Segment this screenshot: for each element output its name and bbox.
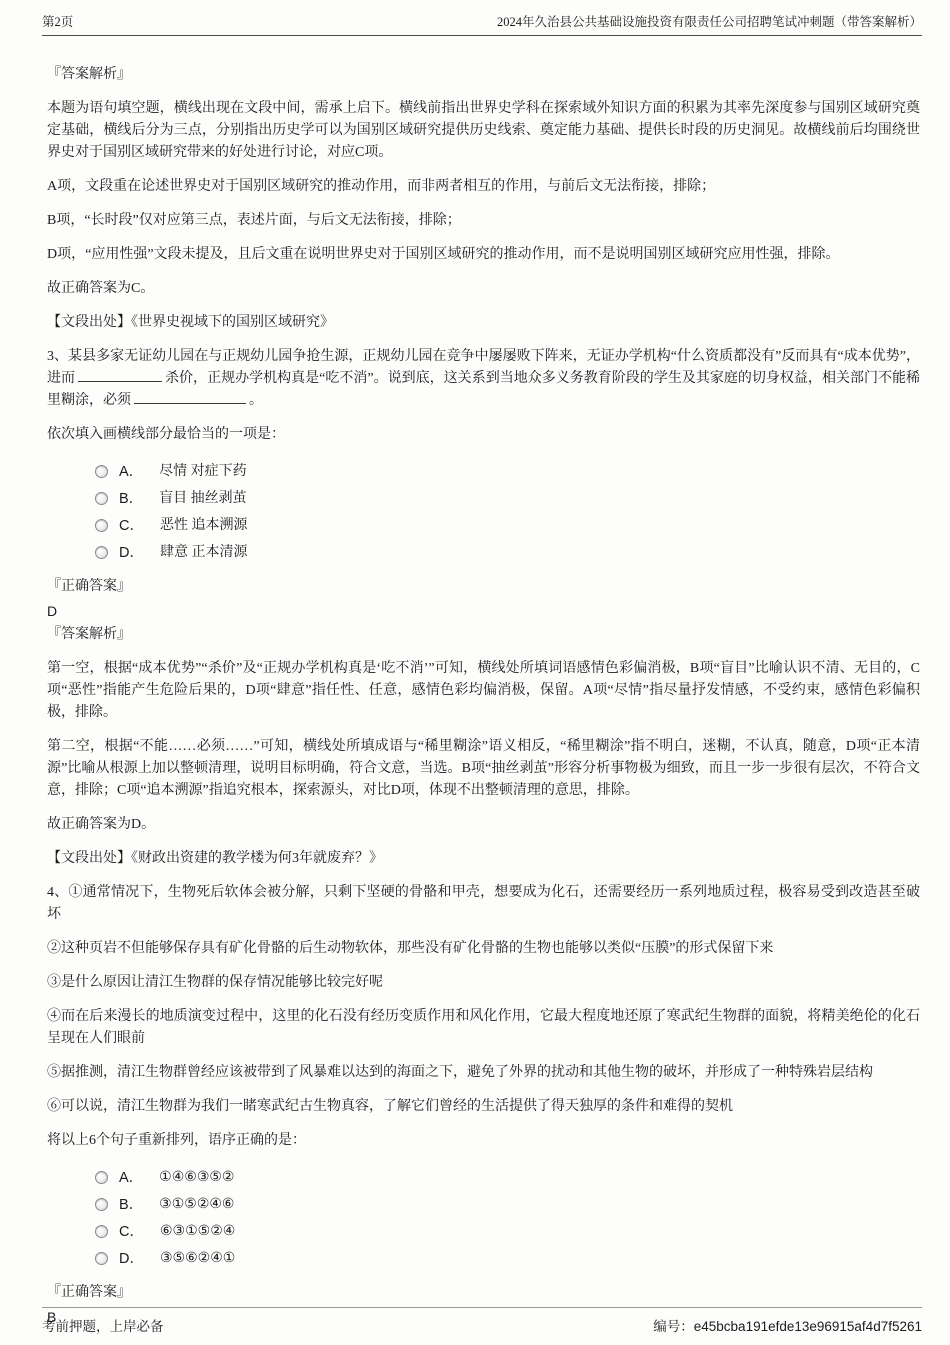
option-letter: D． bbox=[119, 542, 144, 564]
analysis-paragraph: 第二空，根据“不能……必须……”可知，横线处所填成语与“稀里糊涂”语义相反，“稀… bbox=[47, 736, 920, 802]
analysis-conclusion: 故正确答案为C。 bbox=[47, 278, 920, 300]
option-text: 肆意 正本清源 bbox=[160, 542, 248, 564]
page-footer: 考前押题，上岸必备 编号：e45bcba191efde13e96915af4d7… bbox=[42, 1307, 922, 1335]
option-letter: A． bbox=[119, 461, 143, 483]
option-text: 恶性 追本溯源 bbox=[160, 515, 248, 537]
question-4-sentence: ⑥可以说，清江生物群为我们一睹寒武纪古生物真容，了解它们曾经的生活提供了得天独厚… bbox=[47, 1096, 920, 1118]
question-3-stem: 3、某县多家无证幼儿园在与正规幼儿园争抢生源，正规幼儿园在竞争中屡屡败下阵来，无… bbox=[47, 346, 920, 412]
option-letter: D． bbox=[119, 1248, 144, 1270]
radio-button-icon[interactable] bbox=[95, 1198, 108, 1211]
option-text: ⑥③①⑤②④ bbox=[160, 1221, 235, 1243]
analysis-paragraph: 本题为语句填空题，横线出现在文段中间，需承上启下。横线前指出世界史学科在探索域外… bbox=[47, 98, 920, 164]
passage-source: 【文段出处】《世界史视域下的国别区域研究》 bbox=[47, 312, 920, 334]
passage-source: 【文段出处】《财政出资建的教学楼为何3年就废弃？》 bbox=[47, 848, 920, 870]
analysis-label: 『答案解析』 bbox=[47, 64, 920, 86]
correct-answer-value: D bbox=[47, 600, 920, 622]
correct-answer-label: 『正确答案』 bbox=[47, 1282, 920, 1304]
analysis-paragraph: A项，文段重在论述世界史对于国别区域研究的推动作用，而非两者相互的作用，与前后文… bbox=[47, 176, 920, 198]
document-title: 2024年久治县公共基础设施投资有限责任公司招聘笔试冲刺题（带答案解析） bbox=[497, 12, 922, 30]
radio-button-icon[interactable] bbox=[95, 519, 108, 532]
option-row-d[interactable]: D． 肆意 正本清源 bbox=[95, 539, 920, 566]
option-text: 盲目 抽丝剥茧 bbox=[159, 488, 247, 510]
question-4-options: A． ①④⑥③⑤② B． ③①⑤②④⑥ C． ⑥③①⑤②④ D． ③⑤⑥②④① bbox=[95, 1164, 920, 1272]
question-3-prompt: 依次填入画横线部分最恰当的一项是： bbox=[47, 424, 920, 446]
question-4-sentence: 4、①通常情况下，生物死后软体会被分解，只剩下坚硬的骨骼和甲壳，想要成为化石，还… bbox=[47, 882, 920, 926]
option-row-a[interactable]: A． ①④⑥③⑤② bbox=[95, 1164, 920, 1191]
analysis-label: 『答案解析』 bbox=[47, 624, 920, 646]
question-4-sentence: ④而在后来漫长的地质演变过程中，这里的化石没有经历变质作用和风化作用，它最大程度… bbox=[47, 1006, 920, 1050]
option-text: ③①⑤②④⑥ bbox=[159, 1194, 234, 1216]
page-header: 第2页 2024年久治县公共基础设施投资有限责任公司招聘笔试冲刺题（带答案解析） bbox=[0, 0, 950, 36]
option-row-d[interactable]: D． ③⑤⑥②④① bbox=[95, 1245, 920, 1272]
question-3-options: A． 尽情 对症下药 B． 盲目 抽丝剥茧 C． 恶性 追本溯源 D． 肆意 正… bbox=[95, 458, 920, 566]
question-4-prompt: 将以上6个句子重新排列，语序正确的是： bbox=[47, 1130, 920, 1152]
footer-slogan: 考前押题，上岸必备 bbox=[42, 1315, 164, 1335]
option-letter: A． bbox=[119, 1167, 143, 1189]
option-letter: C． bbox=[119, 515, 144, 537]
option-row-a[interactable]: A． 尽情 对症下药 bbox=[95, 458, 920, 485]
page-content: 『答案解析』 本题为语句填空题，横线出现在文段中间，需承上启下。横线前指出世界史… bbox=[0, 36, 950, 1328]
question-4-sentence: ③是什么原因让清江生物群的保存情况能够比较完好呢 bbox=[47, 972, 920, 994]
radio-button-icon[interactable] bbox=[95, 1252, 108, 1265]
blank-underline bbox=[78, 368, 162, 382]
document-page: 第2页 2024年久治县公共基础设施投资有限责任公司招聘笔试冲刺题（带答案解析）… bbox=[0, 0, 950, 1345]
analysis-paragraph: 第一空，根据“成本优势”“杀价”及“正规办学机构真是‘吃不消’”可知，横线处所填… bbox=[47, 658, 920, 724]
question-4-sentence: ⑤据推测，清江生物群曾经应该被带到了风暴难以达到的海面之下，避免了外界的扰动和其… bbox=[47, 1062, 920, 1084]
option-letter: C． bbox=[119, 1221, 144, 1243]
footer-code-value: e45bcba191efde13e96915af4d7f5261 bbox=[694, 1319, 922, 1334]
option-letter: B． bbox=[119, 488, 143, 510]
page-number: 第2页 bbox=[42, 12, 73, 30]
radio-button-icon[interactable] bbox=[95, 492, 108, 505]
question-4-sentence: ②这种页岩不但能够保存具有矿化骨骼的后生动物软体，那些没有矿化骨骼的生物也能够以… bbox=[47, 938, 920, 960]
question-3-stem-text: 。 bbox=[249, 393, 263, 408]
footer-code: 编号：e45bcba191efde13e96915af4d7f5261 bbox=[653, 1315, 922, 1335]
radio-button-icon[interactable] bbox=[95, 546, 108, 559]
radio-button-icon[interactable] bbox=[95, 465, 108, 478]
option-text: ①④⑥③⑤② bbox=[159, 1167, 234, 1189]
option-row-b[interactable]: B． 盲目 抽丝剥茧 bbox=[95, 485, 920, 512]
option-row-b[interactable]: B． ③①⑤②④⑥ bbox=[95, 1191, 920, 1218]
analysis-paragraph: D项，“应用性强”文段未提及，且后文重在说明世界史对于国别区域研究的推动作用，而… bbox=[47, 244, 920, 266]
radio-button-icon[interactable] bbox=[95, 1171, 108, 1184]
analysis-paragraph: B项，“长时段”仅对应第三点，表述片面，与后文无法衔接，排除； bbox=[47, 210, 920, 232]
option-text: ③⑤⑥②④① bbox=[160, 1248, 235, 1270]
blank-underline bbox=[134, 390, 246, 404]
option-text: 尽情 对症下药 bbox=[159, 461, 247, 483]
footer-code-label: 编号： bbox=[653, 1319, 694, 1334]
radio-button-icon[interactable] bbox=[95, 1225, 108, 1238]
correct-answer-label: 『正确答案』 bbox=[47, 576, 920, 598]
option-row-c[interactable]: C． ⑥③①⑤②④ bbox=[95, 1218, 920, 1245]
option-row-c[interactable]: C． 恶性 追本溯源 bbox=[95, 512, 920, 539]
analysis-conclusion: 故正确答案为D。 bbox=[47, 814, 920, 836]
option-letter: B． bbox=[119, 1194, 143, 1216]
